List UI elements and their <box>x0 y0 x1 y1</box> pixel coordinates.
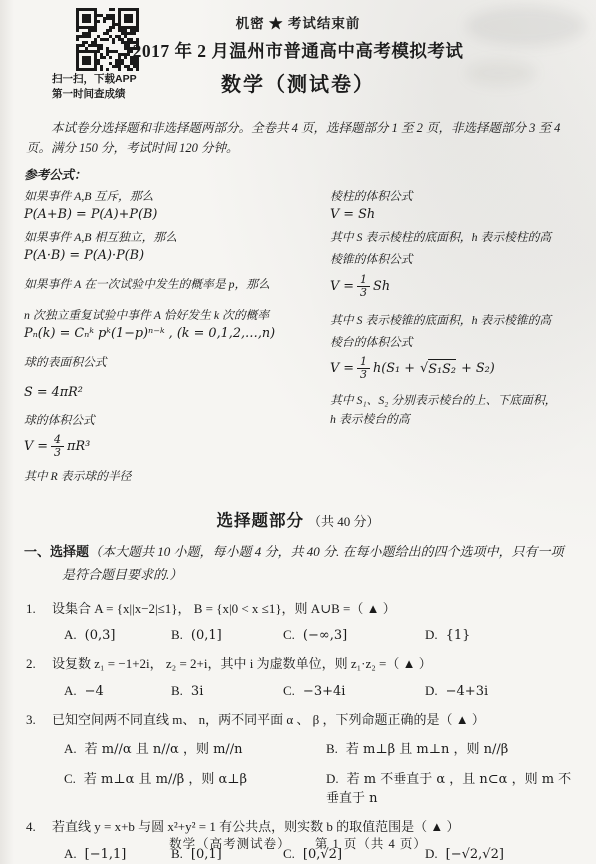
formula-frustum-volume: V =13h(S₁ + √S₁S₂ + S₂) <box>330 356 572 381</box>
question-option: D.若 m 不垂直于 α ，且 n⊂α ，则 m 不垂直于 n <box>326 768 572 806</box>
formulas-left-column: 如果事件 A,B 互斥，那么 P(A+B) = P(A)+P(B) 如果事件 A… <box>24 187 324 486</box>
qr-block: 扫一扫，下载APP 第一时间查成绩 <box>52 8 156 101</box>
question-option: D.−4+3i <box>425 683 572 699</box>
formula-line: 其中 S₁、S₂ 分别表示棱台的上、下底面积， <box>330 391 572 409</box>
formula-line: 棱台的体积公式 <box>330 333 572 351</box>
exam-page: 扫一扫，下载APP 第一时间查成绩 机密 ★ 考试结束前 2017 年 2 月温… <box>0 0 596 862</box>
section-heading-main: 选择题部分 <box>216 511 304 530</box>
question-3: 3. 已知空间两不同直线 m、 n，两不同平面 α 、 β ，下列命题正确的是（… <box>24 710 572 807</box>
reference-formulas-heading: 参考公式： <box>24 165 572 183</box>
question-option: B.(0,1] <box>171 627 283 643</box>
question-2: 2. 设复数 z₁ = −1+2i， z₂ = 2+i，其中 i 为虚数单位，则… <box>24 654 572 699</box>
qr-caption-line2: 第一时间查成绩 <box>52 88 156 101</box>
page-footer: 数学（高考测试卷） 第 1 页（共 4 页） <box>0 834 596 852</box>
question-number: 2. <box>24 654 52 674</box>
footer-page-number: 第 1 页（共 4 页） <box>315 837 427 851</box>
question-stem: 已知空间两不同直线 m、 n，两不同平面 α 、 β ，下列命题正确的是（ ▲ … <box>52 710 572 730</box>
question-option: A.(0,3] <box>64 627 171 643</box>
question-option: C.(−∞,3] <box>283 627 425 643</box>
question-option: B.3i <box>171 683 283 699</box>
question-option: C.若 m⊥α 且 m//β ，则 α⊥β <box>64 768 326 806</box>
options-row: A.(0,3] B.(0,1] C.(−∞,3] D.{1} <box>24 627 572 643</box>
directions-body: （本大题共 10 小题，每小题 4 分，共 40 分. 在每小题给出的四个选项中… <box>62 544 564 581</box>
formula-line: n 次独立重复试验中事件 A 恰好发生 k 次的概率 <box>24 306 324 324</box>
directions-lead: 一、选择题 <box>24 544 89 559</box>
question-number: 3. <box>24 710 52 730</box>
formula-line: Pₙ(k) = Cₙᵏ pᵏ(1−p)ⁿ⁻ᵏ , (k = 0,1,2,…,n) <box>24 324 324 343</box>
section-heading-sub: （共 40 分） <box>308 514 380 529</box>
formula-line: P(A+B) = P(A)+P(B) <box>24 205 324 224</box>
qr-code-icon <box>76 8 139 71</box>
question-option: A.−4 <box>64 683 171 699</box>
formula-line: 如果事件 A 在一次试验中发生的概率是 p，那么 <box>24 275 324 293</box>
options-row: A.−4 B.3i C.−3+4i D.−4+3i <box>24 683 572 699</box>
formula-cone-volume: V =13Sh <box>330 274 572 299</box>
options-grid: A.若 m//α 且 n//α ，则 m//n B.若 m⊥β 且 m⊥n ，则… <box>24 738 572 806</box>
question-option: A.若 m//α 且 n//α ，则 m//n <box>64 738 326 757</box>
qr-caption-line1: 扫一扫，下载APP <box>52 73 156 86</box>
question-stem: 设集合 A = {x||x−2|≤1}， B = {x|0 < x ≤1}，则 … <box>52 599 572 619</box>
question-1: 1. 设集合 A = {x||x−2|≤1}， B = {x|0 < x ≤1}… <box>24 599 572 644</box>
page-header: 扫一扫，下载APP 第一时间查成绩 机密 ★ 考试结束前 2017 年 2 月温… <box>24 8 572 104</box>
formula-line: 棱锥的体积公式 <box>330 250 572 268</box>
formula-line: 其中 R 表示球的半径 <box>24 467 324 485</box>
question-stem: 设复数 z₁ = −1+2i， z₂ = 2+i，其中 i 为虚数单位，则 z₁… <box>52 654 572 674</box>
question-option: D.{1} <box>425 627 572 643</box>
question-option: C.−3+4i <box>283 683 425 699</box>
formula-line: 棱柱的体积公式 <box>330 187 572 205</box>
formula-line: S = 4πR² <box>24 383 324 402</box>
formula-line: h 表示棱台的高 <box>330 410 572 428</box>
formula-line: 如果事件 A,B 相互独立，那么 <box>24 228 324 246</box>
question-number: 1. <box>24 599 52 619</box>
exam-intro: 本试卷分选择题和非选择题两部分。全卷共 4 页，选择题部分 1 至 2 页，非选… <box>26 118 570 159</box>
footer-exam-name: 数学（高考测试卷） <box>169 837 291 851</box>
question-directions: 一、选择题（本大题共 10 小题，每小题 4 分，共 40 分. 在每小题给出的… <box>24 541 572 585</box>
formula-line: V = Sh <box>330 205 572 224</box>
question-option: B.若 m⊥β 且 m⊥n ，则 n//β <box>326 738 572 757</box>
section-heading: 选择题部分 （共 40 分） <box>24 507 572 531</box>
formula-sphere-volume: V =43πR³ <box>24 434 324 459</box>
formula-line: P(A·B) = P(A)·P(B) <box>24 246 324 265</box>
formula-line: 如果事件 A,B 互斥，那么 <box>24 187 324 205</box>
formula-line: 球的体积公式 <box>24 411 324 429</box>
formula-line: 其中 S 表示棱锥的底面积，h 表示棱锥的高 <box>330 311 572 329</box>
formula-columns: 如果事件 A,B 互斥，那么 P(A+B) = P(A)+P(B) 如果事件 A… <box>24 187 572 486</box>
formula-line: 其中 S 表示棱柱的底面积，h 表示棱柱的高 <box>330 228 572 246</box>
formula-line: 球的表面积公式 <box>24 353 324 371</box>
formulas-right-column: 棱柱的体积公式 V = Sh 其中 S 表示棱柱的底面积，h 表示棱柱的高 棱锥… <box>324 187 572 486</box>
